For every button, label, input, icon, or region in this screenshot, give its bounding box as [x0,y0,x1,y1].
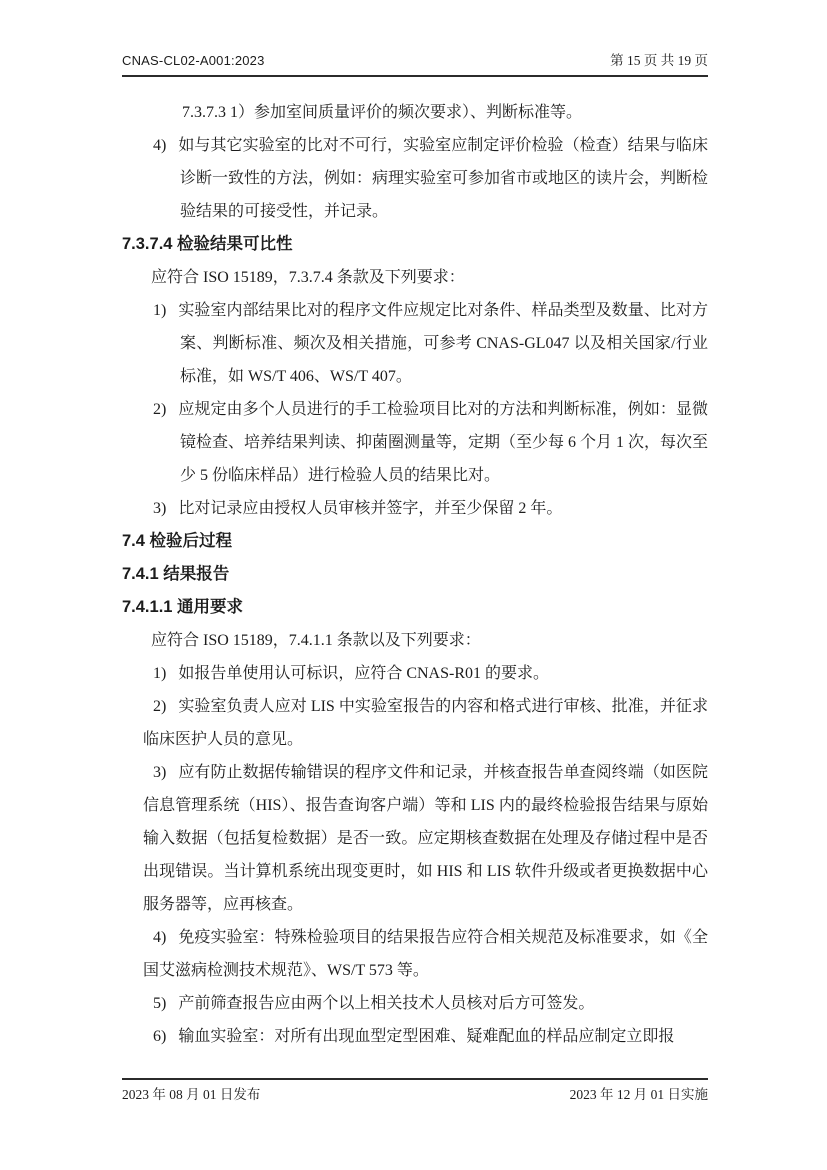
list-item-number: 1) [153,657,166,690]
implementation-date: 2023 年 12 月 01 日实施 [570,1086,708,1103]
section-heading: 7.4.1.1 通用要求 [122,591,708,624]
list-item-text: 应有防止数据传输错误的程序文件和记录，并核查报告单查阅终端（如医院信息管理系统（… [143,764,708,913]
list-item-text: 应规定由多个人员进行的手工检验项目比对的方法和判断标准，例如：显微镜检查、培养结… [178,401,708,484]
list-item: 6)输血实验室：对所有出现血型定型困难、疑难配血的样品应制定立即报 [122,1020,708,1053]
section-heading: 7.4 检验后过程 [122,525,708,558]
issue-date: 2023 年 08 月 01 日发布 [122,1086,260,1103]
list-item-text: 实验室负责人应对 LIS 中实验室报告的内容和格式进行审核、批准，并征求临床医护… [143,698,708,748]
list-item-text: 如与其它实验室的比对不可行，实验室应制定评价检验（检查）结果与临床诊断一致性的方… [178,137,708,220]
list-item-text: 输血实验室：对所有出现血型定型困难、疑难配血的样品应制定立即报 [178,1028,674,1045]
section-heading: 7.3.7.4 检验结果可比性 [122,228,708,261]
list-item-text: 实验室内部结果比对的程序文件应规定比对条件、样品类型及数量、比对方案、判断标准、… [178,302,708,385]
document-body: 7.3.7.3 1）参加室间质量评价的频次要求）、判断标准等。4)如与其它实验室… [122,96,708,1053]
list-item: 3)比对记录应由授权人员审核并签字，并至少保留 2 年。 [122,492,708,525]
list-item-number: 6) [153,1020,166,1053]
list-item-number: 3) [153,756,166,789]
list-item: 4)免疫实验室：特殊检验项目的结果报告应符合相关规范及标准要求，如《全国艾滋病检… [122,921,708,987]
page-header: CNAS-CL02-A001:2023 第 15 页 共 19 页 [122,52,708,77]
list-item-text: 产前筛查报告应由两个以上相关技术人员核对后方可签发。 [178,995,594,1012]
list-item-number: 4) [153,129,166,162]
list-item-text: 比对记录应由授权人员审核并签字，并至少保留 2 年。 [178,500,562,517]
list-item-number: 5) [153,987,166,1020]
list-item: 3)应有防止数据传输错误的程序文件和记录，并核查报告单查阅终端（如医院信息管理系… [122,756,708,921]
list-item: 4)如与其它实验室的比对不可行，实验室应制定评价检验（检查）结果与临床诊断一致性… [122,129,708,228]
list-item-number: 4) [153,921,166,954]
list-item-text: 如报告单使用认可标识，应符合 CNAS-R01 的要求。 [178,665,549,682]
list-item: 1)如报告单使用认可标识，应符合 CNAS-R01 的要求。 [122,657,708,690]
list-item: 5)产前筛查报告应由两个以上相关技术人员核对后方可签发。 [122,987,708,1020]
list-item-number: 2) [153,393,166,426]
page-footer: 2023 年 08 月 01 日发布 2023 年 12 月 01 日实施 [122,1078,708,1103]
section-heading: 7.4.1 结果报告 [122,558,708,591]
list-item: 2)应规定由多个人员进行的手工检验项目比对的方法和判断标准，例如：显微镜检查、培… [122,393,708,492]
intro-paragraph: 应符合 ISO 15189，7.3.7.4 条款及下列要求： [122,261,708,294]
page-number-indicator: 第 15 页 共 19 页 [610,52,708,69]
list-item-text: 免疫实验室：特殊检验项目的结果报告应符合相关规范及标准要求，如《全国艾滋病检测技… [143,929,708,979]
list-item-number: 3) [153,492,166,525]
document-code: CNAS-CL02-A001:2023 [122,52,265,69]
list-item: 2)实验室负责人应对 LIS 中实验室报告的内容和格式进行审核、批准，并征求临床… [122,690,708,756]
list-item: 1)实验室内部结果比对的程序文件应规定比对条件、样品类型及数量、比对方案、判断标… [122,294,708,393]
document-page: CNAS-CL02-A001:2023 第 15 页 共 19 页 7.3.7.… [0,0,827,1170]
continuation-line: 7.3.7.3 1）参加室间质量评价的频次要求）、判断标准等。 [122,96,708,129]
list-item-number: 2) [153,690,166,723]
intro-paragraph: 应符合 ISO 15189，7.4.1.1 条款以及下列要求： [122,624,708,657]
list-item-number: 1) [153,294,166,327]
